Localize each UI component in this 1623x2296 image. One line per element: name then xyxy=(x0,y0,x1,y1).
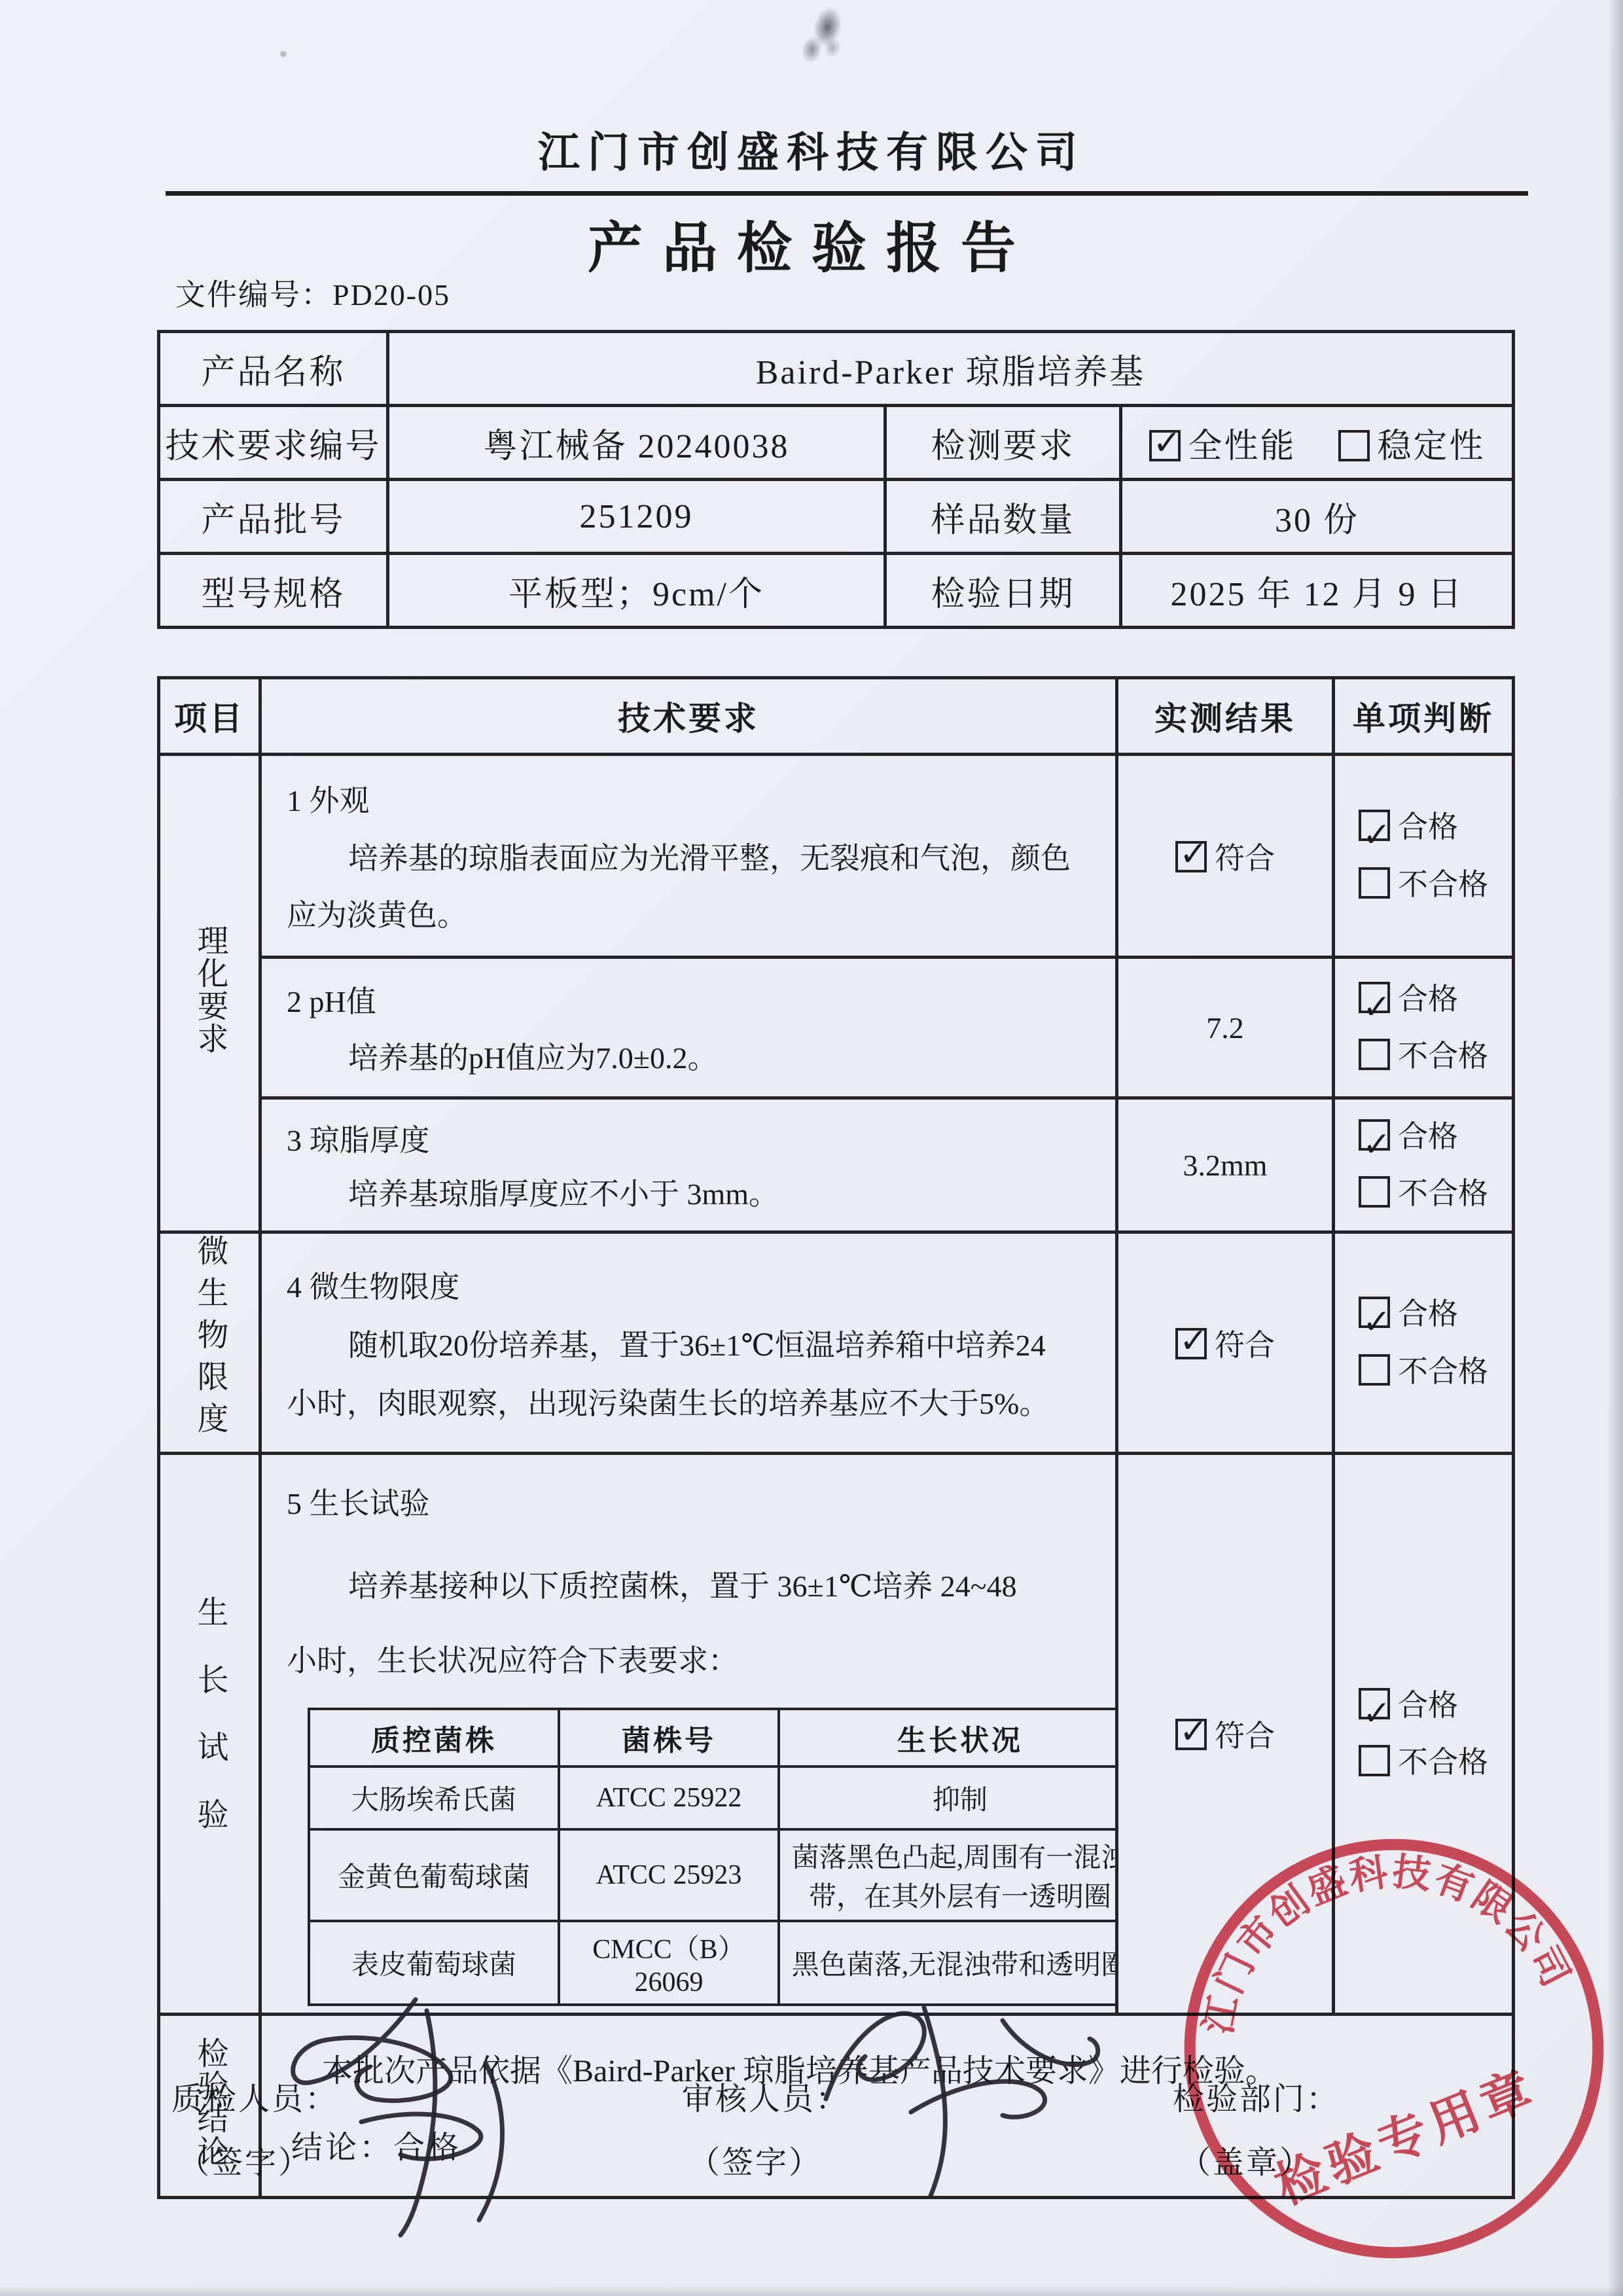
table-row: 表皮葡萄球菌 CMCC（B）26069 黑色菌落,无混浊带和透明圈 xyxy=(309,1921,1117,2005)
document-number: 文件编号：PD20-05 xyxy=(175,271,450,314)
checked-checkbox-icon xyxy=(1359,1688,1390,1719)
product-info-table: 产品名称 Baird-Parker 琼脂培养基 技术要求编号 粤江械备 2024… xyxy=(157,330,1515,629)
thickness-result: 3.2mm xyxy=(1117,1098,1334,1232)
pass-option: 合格 xyxy=(1359,810,1458,844)
document-number-value: PD20-05 xyxy=(332,278,450,312)
microbial-judgment: 合格 不合格 xyxy=(1334,1232,1514,1454)
unchecked-checkbox-icon xyxy=(1359,1354,1390,1386)
strain-no: ATCC 25923 xyxy=(559,1829,779,1921)
table-row-thickness: 3 琼脂厚度 培养基琼脂厚度应不小于 3mm。 3.2mm 合格 不合格 xyxy=(159,1098,1514,1232)
pass-option: 合格 xyxy=(1359,1120,1458,1153)
fail-option: 不合格 xyxy=(1359,1355,1488,1388)
table-row: 型号规格 平板型；9cm/个 检验日期 2025 年 12 月 9 日 xyxy=(159,554,1514,628)
growth-test-table: 质控菌株 菌株号 生长状况 大肠埃希氏菌 ATCC 25922 抑制 金黄色葡萄… xyxy=(308,1708,1117,2006)
requirement-heading: 2 pH值 xyxy=(287,978,1090,1021)
inspect-date-label: 检验日期 xyxy=(885,554,1121,628)
product-name-value: Baird-Parker 琼脂培养基 xyxy=(388,332,1514,406)
ph-requirement: 2 pH值 培养基的pH值应为7.0±0.2。 xyxy=(260,958,1117,1098)
checked-checkbox-icon xyxy=(1359,1297,1390,1328)
product-name-label: 产品名称 xyxy=(159,332,388,406)
unchecked-checkbox-icon xyxy=(1359,1745,1390,1776)
full-performance-label: 全性能 xyxy=(1188,428,1296,465)
strain-no: ATCC 25922 xyxy=(559,1767,779,1829)
checked-checkbox-icon xyxy=(1149,430,1181,461)
col-header-item: 项目 xyxy=(159,678,260,755)
company-name: 江门市创盛科技有限公司 xyxy=(0,119,1623,179)
col-header-result: 实测结果 xyxy=(1117,678,1334,755)
qc-sub-label: （签字） xyxy=(171,2137,338,2182)
requirement-line: 小时，肉眼观察，出现污染菌生长的培养基应不大于5%。 xyxy=(287,1380,1090,1423)
checked-checkbox-icon xyxy=(1359,810,1390,841)
reviewer-sub-label: （签字） xyxy=(682,2137,849,2182)
requirement-heading: 4 微生物限度 xyxy=(287,1263,1090,1306)
full-performance-option: 全性能 xyxy=(1149,428,1296,465)
stability-label: 稳定性 xyxy=(1378,428,1486,465)
unchecked-checkbox-icon xyxy=(1359,867,1390,899)
appearance-judgment: 合格 不合格 xyxy=(1334,755,1514,958)
gt-col-strain-no: 菌株号 xyxy=(559,1709,779,1767)
group-physchem: 理化要求 xyxy=(159,755,260,1232)
company-inspection-stamp: 江门市创盛科技有限公司 检验专用章 xyxy=(1164,1818,1623,2279)
strain-status: 菌落黑色凸起,周围有一混浊带，在其外层有一透明圈 xyxy=(779,1829,1117,1921)
unchecked-checkbox-icon xyxy=(1359,1176,1390,1208)
checked-checkbox-icon xyxy=(1359,982,1390,1013)
strain-name: 金黄色葡萄球菌 xyxy=(309,1829,559,1921)
ph-result: 7.2 xyxy=(1117,958,1334,1098)
qc-signature-block: 质检人员： （签字） xyxy=(171,2073,338,2182)
thickness-requirement: 3 琼脂厚度 培养基琼脂厚度应不小于 3mm。 xyxy=(260,1098,1117,1232)
group-growth: 生长试验 xyxy=(159,1454,260,2015)
thickness-judgment: 合格 不合格 xyxy=(1334,1098,1514,1232)
checked-checkbox-icon xyxy=(1359,1119,1390,1151)
strain-status: 黑色菌落,无混浊带和透明圈 xyxy=(779,1921,1117,2005)
svg-text:江门市创盛科技有限公司: 江门市创盛科技有限公司 xyxy=(1176,1827,1580,2043)
qc-label: 质检人员： xyxy=(171,2073,338,2119)
scanned-report-page: 江门市创盛科技有限公司 产品检验报告 文件编号：PD20-05 产品名称 Bai… xyxy=(0,0,1623,2296)
header-divider-rule xyxy=(166,191,1528,196)
stamp-ring-text: 江门市创盛科技有限公司 xyxy=(1176,1827,1580,2043)
batch-no-label: 产品批号 xyxy=(159,480,388,554)
stamp-center-text: 检验专用章 xyxy=(1268,2060,1544,2215)
requirement-heading: 3 琼脂厚度 xyxy=(287,1117,1090,1160)
ph-judgment: 合格 不合格 xyxy=(1334,958,1514,1098)
tech-req-no-label: 技术要求编号 xyxy=(159,406,388,480)
appearance-requirement: 1 外观 培养基的琼脂表面应为光滑平整，无裂痕和气泡，颜色 应为淡黄色。 xyxy=(260,755,1117,958)
requirement-line: 培养基琼脂厚度应不小于 3mm。 xyxy=(287,1170,1090,1213)
test-req-options: 全性能 稳定性 xyxy=(1121,406,1514,480)
strain-no: CMCC（B）26069 xyxy=(559,1921,779,2005)
appearance-result: 符合 xyxy=(1117,755,1334,958)
table-row: 产品批号 251209 样品数量 30 份 xyxy=(159,480,1514,554)
requirement-line: 小时，生长状况应符合下表要求： xyxy=(287,1637,1090,1680)
checked-checkbox-icon xyxy=(1175,1328,1207,1359)
table-row: 技术要求编号 粤江械备 20240038 检测要求 全性能 稳定性 xyxy=(159,406,1514,480)
fail-option: 不合格 xyxy=(1359,1039,1488,1073)
fail-option: 不合格 xyxy=(1359,868,1488,901)
growth-requirement: 5 生长试验 培养基接种以下质控菌株，置于 36±1℃培养 24~48 小时，生… xyxy=(260,1454,1117,2015)
fail-option: 不合格 xyxy=(1359,1746,1488,1779)
test-req-label: 检测要求 xyxy=(885,406,1121,480)
gt-col-status: 生长状况 xyxy=(779,1709,1117,1767)
pass-option: 合格 xyxy=(1359,982,1458,1016)
scanner-artifact-smudge xyxy=(782,0,861,78)
unchecked-checkbox-icon xyxy=(1359,1039,1390,1070)
reviewer-signature-block: 审核人员： （签字） xyxy=(682,2073,849,2182)
table-row: 产品名称 Baird-Parker 琼脂培养基 xyxy=(159,332,1514,406)
requirement-heading: 1 外观 xyxy=(287,777,1090,820)
strain-name: 大肠埃希氏菌 xyxy=(309,1767,559,1829)
batch-no-value: 251209 xyxy=(388,480,885,554)
scanner-artifact-dot xyxy=(280,51,287,57)
checked-checkbox-icon xyxy=(1175,841,1207,872)
table-header-row: 质控菌株 菌株号 生长状况 xyxy=(309,1709,1117,1767)
sample-qty-label: 样品数量 xyxy=(885,480,1121,554)
table-row: 大肠埃希氏菌 ATCC 25922 抑制 xyxy=(309,1767,1117,1829)
reviewer-label: 审核人员： xyxy=(682,2073,849,2119)
group-microbial: 微生物限度 xyxy=(159,1232,260,1454)
table-row-microbial: 微生物限度 4 微生物限度 随机取20份培养基，置于36±1℃恒温培养箱中培养2… xyxy=(159,1232,1514,1454)
col-header-tech-req: 技术要求 xyxy=(260,678,1117,755)
col-header-judgment: 单项判断 xyxy=(1334,678,1514,755)
requirement-line: 培养基接种以下质控菌株，置于 36±1℃培养 24~48 xyxy=(287,1562,1090,1605)
requirement-line: 随机取20份培养基，置于36±1℃恒温培养箱中培养24 xyxy=(287,1321,1090,1365)
requirement-line: 培养基的琼脂表面应为光滑平整，无裂痕和气泡，颜色 xyxy=(287,834,1090,878)
table-row: 金黄色葡萄球菌 ATCC 25923 菌落黑色凸起,周围有一混浊带，在其外层有一… xyxy=(309,1829,1117,1921)
pass-option: 合格 xyxy=(1359,1689,1458,1722)
inspect-date-value: 2025 年 12 月 9 日 xyxy=(1121,554,1514,628)
microbial-result: 符合 xyxy=(1117,1232,1334,1454)
requirement-line: 培养基的pH值应为7.0±0.2。 xyxy=(287,1034,1090,1077)
requirement-line: 应为淡黄色。 xyxy=(287,891,1090,935)
pass-option: 合格 xyxy=(1359,1297,1458,1331)
document-number-label: 文件编号： xyxy=(175,278,332,312)
strain-name: 表皮葡萄球菌 xyxy=(309,1921,559,2005)
fail-option: 不合格 xyxy=(1359,1177,1488,1210)
sample-qty-value: 30 份 xyxy=(1121,480,1514,554)
table-row-ph: 2 pH值 培养基的pH值应为7.0±0.2。 7.2 合格 不合格 xyxy=(159,958,1514,1098)
scan-edge-shadow-bottom xyxy=(0,2286,1623,2296)
table-header-row: 项目 技术要求 实测结果 单项判断 xyxy=(159,678,1514,755)
gt-col-strain: 质控菌株 xyxy=(309,1709,559,1767)
model-spec-value: 平板型；9cm/个 xyxy=(388,554,885,628)
checked-checkbox-icon xyxy=(1175,1719,1207,1750)
model-spec-label: 型号规格 xyxy=(159,554,388,628)
microbial-requirement: 4 微生物限度 随机取20份培养基，置于36±1℃恒温培养箱中培养24 小时，肉… xyxy=(260,1232,1117,1454)
requirement-heading: 5 生长试验 xyxy=(287,1480,1090,1523)
stability-option: 稳定性 xyxy=(1338,428,1486,465)
strain-status: 抑制 xyxy=(779,1767,1117,1829)
unchecked-checkbox-icon xyxy=(1338,430,1370,461)
tech-req-no-value: 粤江械备 20240038 xyxy=(388,406,885,480)
table-row-appearance: 理化要求 1 外观 培养基的琼脂表面应为光滑平整，无裂痕和气泡，颜色 应为淡黄色… xyxy=(159,755,1514,958)
